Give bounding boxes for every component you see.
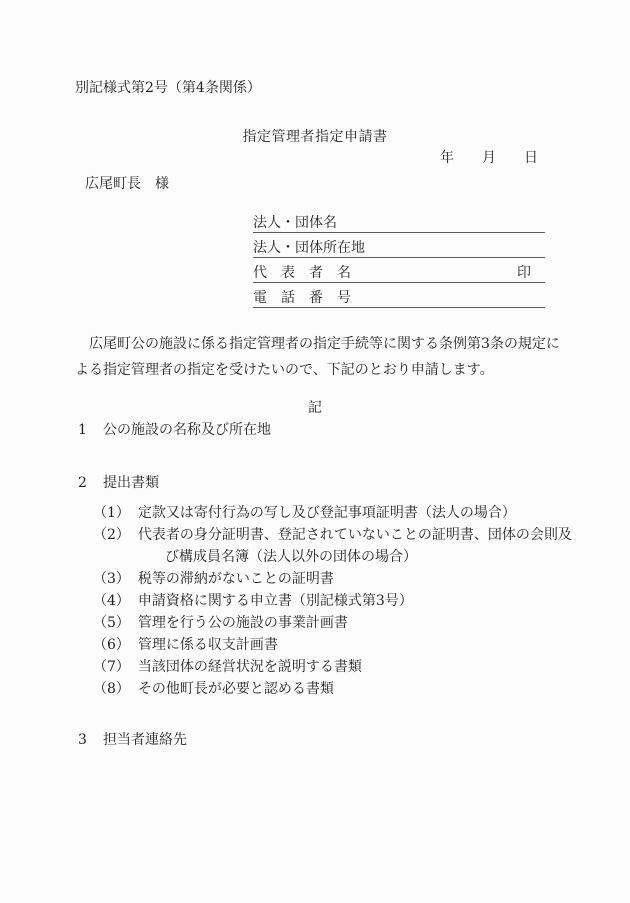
body-line: 広尾町公の施設に係る指定管理者の指定手続等に関する条例第3条の規定に: [75, 331, 567, 357]
field-representative-name: 代 表 者 名 印: [253, 258, 545, 283]
item-text: その他町長が必要と認める書類: [138, 681, 334, 697]
field-label: 電 話 番 号: [253, 290, 351, 307]
section-number: 2: [78, 473, 103, 493]
section-number: 1: [78, 420, 103, 440]
item-marker: （4）: [93, 593, 130, 609]
section-submission-documents: 2提出書類: [78, 473, 159, 493]
seal-mark: 印: [517, 265, 545, 282]
item-marker: （8）: [93, 681, 130, 697]
item-text: 定款又は寄付行為の写し及び登記事項証明書（法人の場合）: [138, 505, 516, 521]
item-marker: （1）: [93, 505, 130, 521]
section-contact-person: 3担当者連絡先: [78, 730, 187, 750]
list-item: （3）税等の滞納がないことの証明書: [93, 568, 568, 590]
field-label: 法人・団体名: [253, 215, 337, 232]
applicant-fields: 法人・団体名 法人・団体所在地 代 表 者 名 印 電 話 番 号: [253, 208, 545, 308]
form-number: 別記様式第2号（第4条関係）: [75, 78, 261, 98]
record-marker: 記: [0, 398, 630, 418]
field-phone-number: 電 話 番 号: [253, 283, 545, 308]
body-line: よる指定管理者の指定を受けたいので、下記のとおり申請します。: [75, 357, 567, 383]
list-item: （7）当該団体の経営状況を説明する書類: [93, 656, 568, 678]
section-title: 公の施設の名称及び所在地: [103, 422, 271, 438]
field-organization-name: 法人・団体名: [253, 208, 545, 233]
list-item: （6）管理に係る収支計画書: [93, 634, 568, 656]
section-number: 3: [78, 730, 103, 750]
list-item: （2）代表者の身分証明書、登記されていないことの証明書、団体の会則及 び構成員名…: [93, 524, 568, 568]
list-item: （8）その他町長が必要と認める書類: [93, 678, 568, 700]
item-text: 申請資格に関する申立書（別記様式第3号）: [138, 593, 413, 609]
field-label: 代 表 者 名: [253, 265, 351, 282]
item-marker: （6）: [93, 637, 130, 653]
item-text: 管理に係る収支計画書: [138, 637, 278, 653]
item-text: 管理を行う公の施設の事業計画書: [138, 615, 348, 631]
field-organization-address: 法人・団体所在地: [253, 233, 545, 258]
item-text-continued: び構成員名簿（法人以外の団体の場合）: [93, 546, 568, 568]
list-item: （4）申請資格に関する申立書（別記様式第3号）: [93, 590, 568, 612]
addressee: 広尾町長 様: [85, 174, 169, 194]
item-marker: （2）: [93, 527, 130, 543]
body-paragraph: 広尾町公の施設に係る指定管理者の指定手続等に関する条例第3条の規定に よる指定管…: [75, 331, 567, 383]
item-text: 当該団体の経営状況を説明する書類: [138, 659, 362, 675]
list-item: （1）定款又は寄付行為の写し及び登記事項証明書（法人の場合）: [93, 502, 568, 524]
item-marker: （7）: [93, 659, 130, 675]
document-title: 指定管理者指定申請書: [0, 127, 630, 147]
item-text: 代表者の身分証明書、登記されていないことの証明書、団体の会則及: [138, 527, 572, 543]
section-title: 提出書類: [103, 475, 159, 491]
item-marker: （3）: [93, 571, 130, 587]
item-marker: （5）: [93, 615, 130, 631]
date-line: 年 月 日: [0, 148, 630, 168]
list-item: （5）管理を行う公の施設の事業計画書: [93, 612, 568, 634]
field-label: 法人・団体所在地: [253, 240, 365, 257]
item-text: 税等の滞納がないことの証明書: [138, 571, 334, 587]
submission-documents-list: （1）定款又は寄付行為の写し及び登記事項証明書（法人の場合） （2）代表者の身分…: [93, 502, 568, 700]
document-page: 別記様式第2号（第4条関係） 指定管理者指定申請書 年 月 日 広尾町長 様 法…: [0, 0, 630, 903]
section-facility-name: 1公の施設の名称及び所在地: [78, 420, 271, 440]
section-title: 担当者連絡先: [103, 732, 187, 748]
